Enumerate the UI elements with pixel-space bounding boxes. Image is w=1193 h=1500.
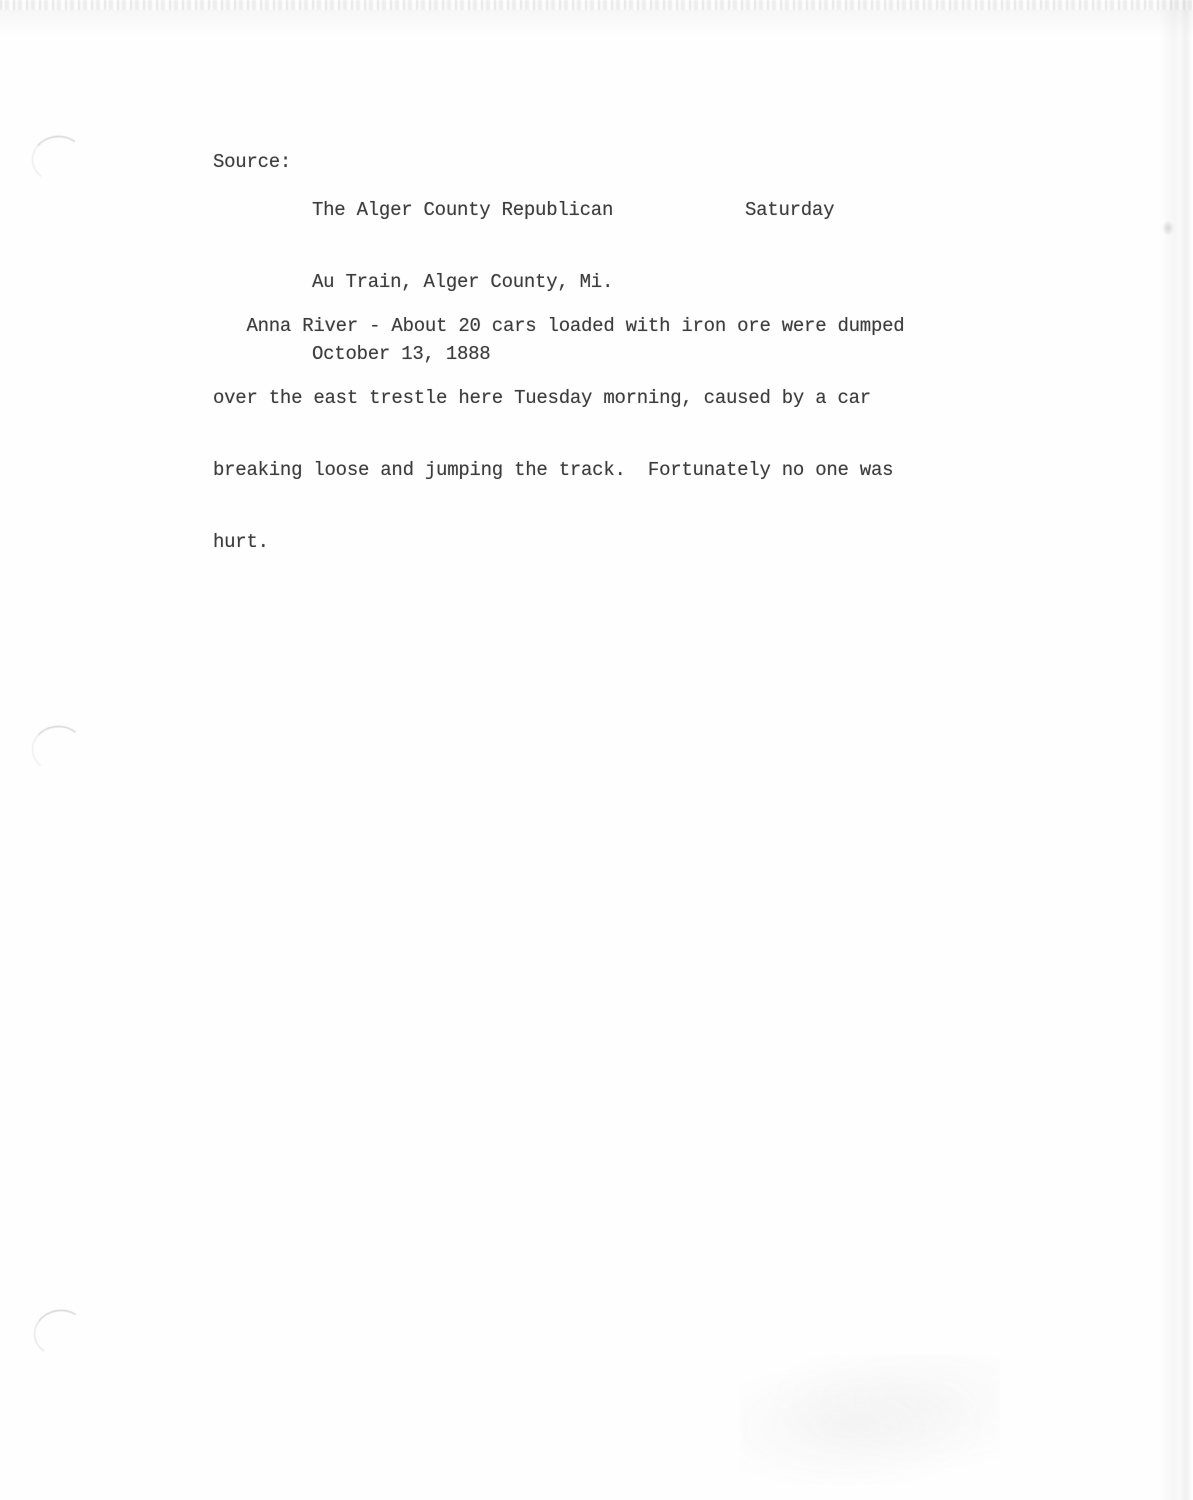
article-paragraph: Anna River - About 20 cars loaded with i… <box>213 266 904 602</box>
article-line: over the east trestle here Tuesday morni… <box>213 386 904 410</box>
scan-noise-top-edge <box>0 0 1193 10</box>
hole-punch-mark-bottom <box>30 1306 89 1360</box>
scan-artifact-mark <box>1162 220 1174 236</box>
scanned-document-page: Source: The Alger County Republican Au T… <box>0 0 1193 1500</box>
scan-noise-top-fade <box>0 10 1193 36</box>
source-publication: The Alger County Republican <box>312 198 613 222</box>
article-line: breaking loose and jumping the track. Fo… <box>213 458 904 482</box>
weekday-label: Saturday <box>745 198 834 222</box>
article-line: hurt. <box>213 530 904 554</box>
hole-punch-mark-top <box>30 133 87 184</box>
hole-punch-mark-middle <box>30 724 85 774</box>
scan-smudge <box>740 1355 1000 1485</box>
source-label: Source: <box>213 150 291 174</box>
article-line: Anna River - About 20 cars loaded with i… <box>213 314 904 338</box>
